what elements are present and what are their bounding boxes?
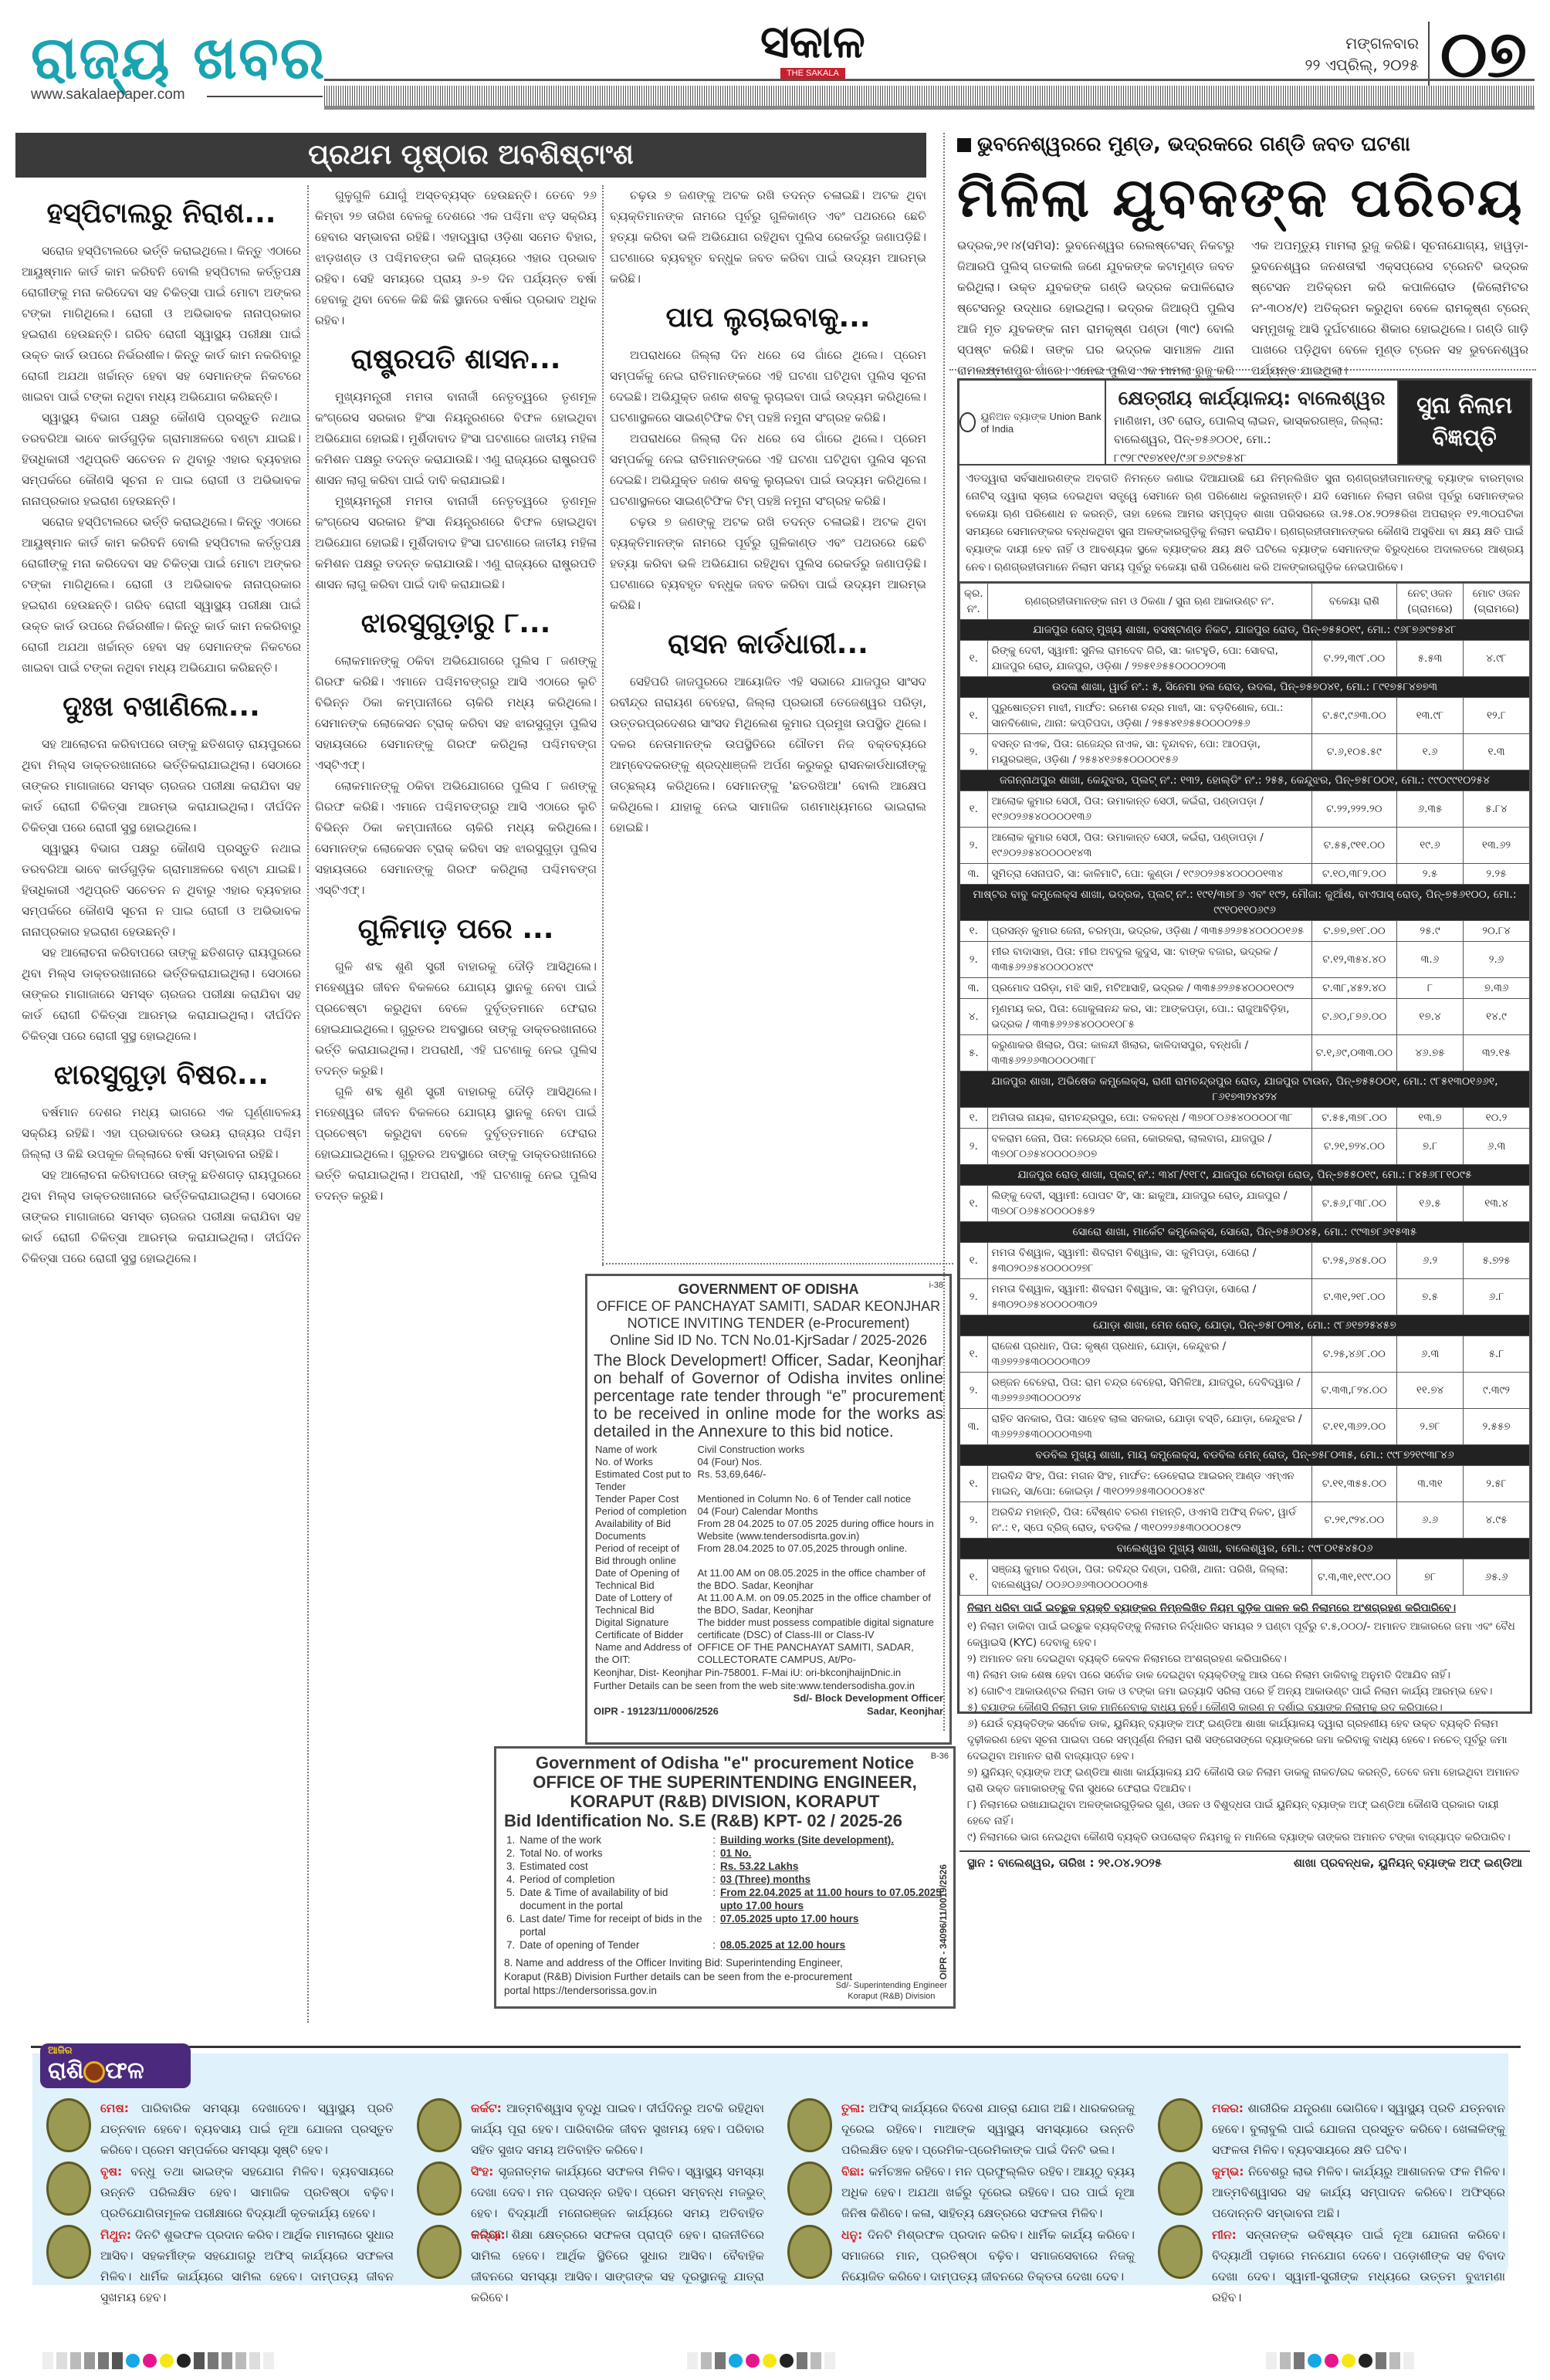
rule-item: ୬) ଯେଉଁ ବ୍ୟକ୍ତିଙ୍କ ସର୍ବୋଚ୍ଚ ଡାକ, ୟୁନିୟନ୍… — [967, 1716, 1522, 1765]
twins-icon — [46, 2225, 91, 2279]
outstanding-amount: ଟ.୬,୧୦୫.୫୯ — [1311, 734, 1396, 770]
outstanding-amount: ଟ.୧୧,୩୫୫.୦୦ — [1311, 1466, 1396, 1502]
rule-item: ୩) ନିଲାମ ଡାକ ଶେଷ ହେବା ପରେ ସର୍ବୋଚ୍ଚ ଡାକ ଦ… — [967, 1667, 1522, 1684]
story-body: ମୁଖ୍ୟମନ୍ତ୍ରୀ ମମତା ବାନାର୍ଜୀ ନେତୃତ୍ୱରେ ତୃଣ… — [315, 387, 597, 491]
detail-value: Building works (Site development). — [718, 1833, 946, 1847]
story-headline: ମିଳିଲା ଯୁବକଙ୍କ ପରିଚୟ — [957, 162, 1524, 233]
rule-item: ୪) ଗୋଟିଏ ଆକାଉଣ୍ଟର ନିଲାମ ଡାକ ଓ ଟଙ୍କା ଜମା … — [967, 1684, 1522, 1700]
sign-prediction: ସନ୍ତାନଙ୍କ ଭବିଷ୍ୟତ ପାଇଁ ନୂଆ ଯୋଜନା କରିବେ। … — [1212, 2228, 1505, 2304]
col-header: ନେଟ୍ ଓଜନ (ଗ୍ରାମରେ) — [1397, 584, 1464, 620]
detail-key: Date of Opening of Technical Bid — [594, 1567, 696, 1592]
col-header: କ୍ର. ନଂ. — [960, 584, 988, 620]
serial-number: ୪. — [960, 999, 988, 1035]
detail-key: Last date/ Time for receipt of bids in t… — [517, 1912, 710, 1938]
badge-kicker: ଆଜିର — [48, 2045, 183, 2057]
detail-value: The bidder must possess compatible digit… — [696, 1617, 943, 1641]
tender-id: Online Sid ID No. TCN No.01-KjrSadar / 2… — [594, 1332, 943, 1349]
serial-number: ୨. — [960, 828, 988, 864]
outstanding-amount: ଟ.୧୦,୩୮୨.୦୦ — [1311, 864, 1396, 885]
kicker-text: ଭୁବନେଶ୍ୱରରେ ମୁଣ୍ଡ, ଭଦ୍ରକରେ ଗଣ୍ଡି ଜବତ ଘଟଣ… — [977, 133, 1410, 156]
table-row: ୫.କରୁଣାକର ଖିଲାର, ପିତା: କାଳନ୍ଦୀ ଖିଲାର, କା… — [960, 1035, 1530, 1072]
row-num: 4. — [504, 1873, 517, 1886]
story-heading: ଦୁଃଖ ବଖାଣିଲେ... — [22, 689, 301, 725]
detail-key: Date of Lottery of Technical Bid — [594, 1592, 696, 1617]
net-weight: ୨୫.୯ — [1397, 921, 1464, 942]
net-weight: ୬.୩୫ — [1397, 791, 1464, 828]
branch-name: ଯାଜପୁର ରୋଡ୍ ମୁଖ୍ୟ ଶାଖା, ବସଷ୍ଟାଣ୍ଡ ନିକଟ, … — [960, 620, 1530, 641]
serial-number: ୩. — [960, 1409, 988, 1445]
gross-weight: ୪.୯୮ — [1464, 641, 1530, 677]
detail-value: 04 (Four) Calendar Months — [696, 1505, 943, 1518]
outstanding-amount: ଟ.୬୦,୮୭୬.୦୦ — [1311, 999, 1396, 1035]
gold-auction-notice: ୟୁନିଅନ ବ୍ୟାଙ୍କ Union Bank of India କ୍ଷେତ… — [957, 378, 1532, 1714]
zodiac-entry: ମିଥୁନ: ଦିନଟି ଶୁଭଫଳ ପ୍ରଦାନ କରିବ। ଆର୍ଥିକ ମ… — [46, 2225, 394, 2308]
story-body: ଭଦ୍ରକ,୨୧।୪(ସମିସ): ଭୁବନେଶ୍ୱର ରେଲଷ୍ଟେସନ୍ ନ… — [957, 235, 1528, 402]
sign-prediction: କର୍ମଚଞ୍ଚଳ ରହିବେ। ମନ ପ୍ରଫୁଲ୍ଲିତ ରହିବ। ଆୟଠ… — [841, 2165, 1135, 2220]
borrower-details: ମୀର ବାଦାସାହା, ପିତା: ମୀର ଅବଦୁଲ କୁଦୁସ, ସା:… — [987, 942, 1311, 978]
story-body: ଅପରାଧରେ ଜିଲ୍ଲା ଦିନ ଧରେ ସେ ଗାଁରେ ଥିଲେ। ପ୍… — [610, 345, 926, 428]
branch-name: ମାଷ୍ଟର ବାବୁ କମ୍ପ୍ଲେକ୍ସ ଶାଖା, ଭଦ୍ରକ, ପ୍ଲଟ… — [960, 885, 1530, 921]
tender-signatory: Sd/- Superintending EngineerKoraput (R&B… — [836, 1980, 947, 2002]
detail-value: OFFICE OF THE PANCHAYAT SAMITI, SADAR, C… — [696, 1641, 943, 1666]
net-weight: ୪୬.୭୫ — [1397, 1035, 1464, 1072]
detail-key: Period of completion — [594, 1505, 696, 1518]
sign-prediction: ପାରିବାରିକ ସମସ୍ୟା ଦେଖାଦେବ। ସ୍ୱାସ୍ଥ୍ୟ ପ୍ରତ… — [100, 2101, 394, 2157]
serial-number: ୧. — [960, 1559, 988, 1596]
story-body: ଗୁଳୁଗୁଳି ଯୋଗୁଁ ଅସ୍ତବ୍ୟସ୍ତ ହେଉଛନ୍ତି। ତେବେ… — [315, 185, 597, 331]
net-weight: ୭୮ — [1397, 1559, 1464, 1596]
detail-key: Name of work — [594, 1444, 696, 1456]
table-row: ୨.ବଳରାମ ଜେନା, ପିତା: ନରେନ୍ଦ୍ର ଜେନା, କୋରକର… — [960, 1129, 1530, 1165]
borrower-details: ପ୍ରମୋଦ ପରିଡ଼ା, ମଝି ସାହି, ମଟିଆସାହି, ଭଦ୍ରକ… — [987, 978, 1311, 999]
serial-number: ୩. — [960, 978, 988, 999]
detail-value: From 22.04.2025 at 11.00 hours to 07.05.… — [718, 1886, 946, 1912]
story-heading: ପାପ ଲୁଚାଇବାକୁ... — [610, 300, 926, 336]
serial-number: ୧. — [960, 1466, 988, 1502]
serial-number: ୨. — [960, 1373, 988, 1409]
gross-weight: ୪.୯୫ — [1464, 1502, 1530, 1539]
branch-header-row: ଯାଜପୁର ରୋଡ୍ ମୁଖ୍ୟ ଶାଖା, ବସଷ୍ଟାଣ୍ଡ ନିକଟ, … — [960, 620, 1530, 641]
story-body: ଗୁଳି ଶବ୍ଦ ଶୁଣି ସ୍ତ୍ରୀ ବାହାରକୁ ଦୌଡ଼ି ଆସିଥ… — [315, 1082, 597, 1207]
story-body: ସ୍ୱାସ୍ଥ୍ୟ ବିଭାଗ ପକ୍ଷରୁ କୌଣସି ପ୍ରସ୍ତୁତି ନ… — [22, 838, 301, 943]
borrower-details: ଅମିତାଭ ନାୟକ, ରାମଚନ୍ଦ୍ରପୁର, ପୋ: ତଳବନ୍ଧ / … — [987, 1108, 1311, 1129]
story-body: ଲୋକମାନଙ୍କୁ ଠକିବା ଅଭିଯୋଗରେ ପୁଲିସ ୮ ଜଣଙ୍କୁ… — [315, 776, 597, 901]
title-line: ବିଜ୍ଞପ୍ତି — [1399, 422, 1530, 455]
row-num: 7. — [504, 1938, 517, 1952]
outstanding-amount: ଟ.୨୫,୪୬୮.୦୦ — [1311, 1336, 1396, 1373]
zodiac-entry: କନ୍ୟା: ଶିକ୍ଷା କ୍ଷେତ୍ରରେ ସଫଳତା ପ୍ରାପ୍ତି ହ… — [417, 2225, 764, 2308]
net-weight: ୨.୭୮ — [1397, 1409, 1464, 1445]
table-row: ୧.ରିଙ୍କୁ ଦେବୀ, ସ୍ୱାମୀ: ସୁନିଲ ରାମଦେବ ଗିରି… — [960, 641, 1530, 677]
story-body: ସେହିପରି ଜାଜପୁରରେ ଆୟୋଜିତ ଏହି ସଭାରେ ଯାଜପୁର… — [610, 672, 926, 838]
borrower-details: କରୁଣାକର ଖିଲାର, ପିତା: କାଳନ୍ଦୀ ଖିଲାର, କାଳି… — [987, 1035, 1311, 1072]
col-header: ଋଣଗ୍ରହୀତାମାନଙ୍କ ନାମ ଓ ଠିକଣା / ସୁନା ଋଣ ଆକ… — [987, 584, 1311, 620]
net-weight: ୬.୩ — [1397, 1336, 1464, 1373]
horoscope-badge: ଆଜିର ରାଶିଫଳ — [40, 2043, 191, 2088]
borrower-details: ସୁମିତ୍ରା ସେନାପତି, ସା: କାଳିମାଟି, ପୋ: କୁଣ୍… — [987, 864, 1311, 885]
rule-item: ୨) ଅମାନତ ଜମା ଦେଇଥିବା ବ୍ୟକ୍ତି କେବଳ ନିଲାମର… — [967, 1651, 1522, 1667]
website-link[interactable]: www.sakalaepaper.com — [31, 86, 185, 103]
tender-signatory: Sd/- Block Development Officer — [594, 1692, 943, 1704]
sign-name: ତୁଳା: — [841, 2101, 865, 2115]
gross-weight: ୨୦.୮୪ — [1464, 921, 1530, 942]
branch-header-row: ଜଗନ୍ନାଥପୁର ଶାଖା, କେନ୍ଦୁଝର, ପ୍ଲଟ୍ ନଂ.: ୧୩… — [960, 770, 1530, 791]
net-weight: ୧୯.୬ — [1397, 828, 1464, 864]
branch-name: ଜଗନ୍ନାଥପୁର ଶାଖା, କେନ୍ଦୁଝର, ପ୍ଲଟ୍ ନଂ.: ୧୩… — [960, 770, 1530, 791]
table-row: ୨.ରଞ୍ଜନ ବେହେରା, ପିତା: ରାମ ଚନ୍ଦ୍ର ବେହେରା,… — [960, 1373, 1530, 1409]
ad-tag: i-38 — [929, 1281, 943, 1290]
row-num: 1. — [504, 1833, 517, 1847]
notice-title: ସୁନା ନିଲାମବିଜ୍ଞପ୍ତି — [1399, 381, 1530, 464]
table-row: ୨.ଅରବିନ୍ଦ ମହାନ୍ତି, ପିତା: ବୈଷ୍ଣବ ଚରଣ ମହାନ… — [960, 1502, 1530, 1539]
goat-icon — [1158, 2098, 1203, 2152]
borrower-details: ଅରବିନ୍ଦ ମହାନ୍ତି, ପିତା: ବୈଷ୍ଣବ ଚରଣ ମହାନ୍ତ… — [987, 1502, 1311, 1539]
story-body: ଚଢ଼ଉ ୭ ଜଣଙ୍କୁ ଅଟକ ରଖି ତଦନ୍ତ ଚଳାଇଛି। ଅଟକ … — [610, 185, 926, 289]
table-row: ୧.ରାଜେଶ ପ୍ରଧାନ, ପିତା: କୃଷ୍ଣ ପ୍ରଧାନ, ଯୋଡ଼… — [960, 1336, 1530, 1373]
outstanding-amount: ଟ.୫୫,୩୭୮.୦୦ — [1311, 1108, 1396, 1129]
print-color-bar — [1266, 2352, 1414, 2369]
branch-header-row: ଯାଜପୁର ଶାଖା, ଅଭିଷେକ କମ୍ପ୍ଲେକ୍ସ, ରାଣୀ ରାମ… — [960, 1072, 1530, 1108]
column-1: ହସ୍ପିଟାଲରୁ ନିରାଶ... ସରୋଜ ହସ୍ପିଟାଲରେ ଭର୍ତ… — [22, 185, 301, 1269]
notice-intro: ଏତଦ୍ୱାରା ସର୍ବସାଧାରଣଙ୍କ ଅବଗତି ନିମନ୍ତେ ଜଣା… — [959, 466, 1530, 583]
continuation-banner: ପ୍ରଥମ ପୃଷ୍ଠାର ଅବଶିଷ୍ଟାଂଶ — [15, 133, 926, 178]
tender-heading: Government of Odisha "e" procurement Not… — [504, 1753, 946, 1772]
sign-prediction: ଆତ୍ମବିଶ୍ୱାସ ବୃଦ୍ଧି ପାଇବ। ଦୀର୍ଘଦିନରୁ ଅଟକି… — [471, 2101, 764, 2157]
sign-name: ମକର: — [1212, 2101, 1244, 2115]
sign-name: ଧନୁ: — [841, 2228, 862, 2242]
zodiac-entry: ମୀନ: ସନ୍ତାନଙ୍କ ଭବିଷ୍ୟତ ପାଇଁ ନୂଆ ଯୋଜନା କର… — [1158, 2225, 1505, 2308]
table-row: ୧.ମମତା ବିଶ୍ୱାଳ, ସ୍ୱାମୀ: ଶିବରାମ ବିଶ୍ୱାଳ, … — [960, 1243, 1530, 1279]
table-row: ୩.ପ୍ରମୋଦ ପରିଡ଼ା, ମଝି ସାହି, ମଟିଆସାହି, ଭଦ୍… — [960, 978, 1530, 999]
lion-icon — [417, 2162, 462, 2216]
ram-icon — [46, 2098, 91, 2152]
zodiac-entry: ଧନୁ: ଦିନଟି ମିଶ୍ରଫଳ ପ୍ରଦାନ କରିବ। ଧାର୍ମିକ … — [787, 2225, 1135, 2287]
net-weight: ୭.୮ — [1397, 1129, 1464, 1165]
scales-icon — [787, 2098, 832, 2152]
table-row: ୪.ମୃଣମୟ କର, ପିତା: ଗୋକୁଳାନନ୍ଦ କର, ସା: ଆଙ୍… — [960, 999, 1530, 1035]
outstanding-amount: ଟ.୧୨,୩୫୪.୪୦ — [1311, 942, 1396, 978]
tender-notice-koraput: B-36 Government of Odisha "e" procuremen… — [494, 1746, 956, 2009]
gross-weight: ୭.୩୬ — [1464, 978, 1530, 999]
sign-prediction: ଦିନଟି ଶୁଭଫଳ ପ୍ରଦାନ କରିବ। ଆର୍ଥିକ ମାମଲାରେ … — [100, 2228, 394, 2304]
borrower-details: ରିଙ୍କୁ ଦେବୀ, ସ୍ୱାମୀ: ସୁନିଲ ରାମଦେବ ଗିରି, … — [987, 641, 1311, 677]
divider — [602, 1263, 953, 1264]
detail-value: 04 (Four) Nos. — [696, 1456, 943, 1468]
detail-key: Availability of Bid Documents — [594, 1518, 696, 1542]
branch-name: ଯାଜପୁର ରୋଡ୍ ଶାଖା, ପ୍ଲଟ୍ ନଂ.: ୩୪୮/୧୧୮୯, ଯ… — [960, 1165, 1530, 1186]
sign-name: ମୀନ: — [1212, 2228, 1237, 2242]
tender-type: NOTICE INVITING TENDER (e-Procurement) — [594, 1315, 943, 1332]
zodiac-entry: ବିଛା: କର୍ମଚଞ୍ଚଳ ରହିବେ। ମନ ପ୍ରଫୁଲ୍ଲିତ ରହି… — [787, 2162, 1135, 2224]
story-body: ସ୍ୱାସ୍ଥ୍ୟ ବିଭାଗ ପକ୍ଷରୁ କୌଣସି ପ୍ରସ୍ତୁତି ନ… — [22, 408, 301, 512]
print-color-bar — [42, 2352, 274, 2369]
detail-key: No. of Works — [594, 1456, 696, 1468]
outstanding-amount: ଟ.୨୨,୨୨୨.୨୦ — [1311, 791, 1396, 828]
serial-number: ୫. — [960, 1035, 988, 1072]
borrower-details: ମମତା ବିଶ୍ୱାଳ, ସ୍ୱାମୀ: ଶିବରାମ ବିଶ୍ୱାଳ, ସା… — [987, 1243, 1311, 1279]
tender-footer: 8. Name and address of the Officer Invit… — [504, 1956, 867, 1998]
gross-weight: ୧୨.୮ — [1464, 698, 1530, 734]
branch-name: ସୋରୋ ଶାଖା, ମାର୍କେଟ କମ୍ପ୍ଲେକ୍ସ, ସୋରୋ, ପିନ… — [960, 1222, 1530, 1243]
signatory-title: Sd/- Superintending Engineer — [836, 1980, 947, 1991]
story-body: ସରୋଜ ହସ୍ପିଟାଲରେ ଭର୍ତ୍ତି କରାଇଥିଲେ। କିନ୍ତୁ… — [22, 512, 301, 679]
tender-division: KORAPUT (R&B) DIVISION, KORAPUT — [504, 1792, 946, 1811]
gross-weight: ୧୩.୪ — [1464, 1186, 1530, 1222]
zodiac-entry: କୁମ୍ଭ: ନିବେଶରୁ ଲାଭ ମିଳିବ। କାର୍ଯ୍ୟରୁ ଆଶାଜ… — [1158, 2162, 1505, 2224]
tender-notice-keonjhar: i-38 GOVERNMENT OF ODISHA OFFICE OF PANC… — [585, 1274, 952, 1745]
masthead: ରାଜ୍ୟ ଖବର www.sakalaepaper.com ସକାଳ THE … — [0, 0, 1550, 131]
sign-prediction: ଶିକ୍ଷା କ୍ଷେତ୍ରରେ ସଫଳତା ପ୍ରାପ୍ତି ହେବ। ରାଜ… — [471, 2228, 764, 2304]
office-title: କ୍ଷେତ୍ରୀୟ କାର୍ଯ୍ୟାଳୟ: ବାଲେଶ୍ୱର — [1114, 385, 1389, 411]
table-row: ୧.ସଞ୍ଜୟ କୁମାର ଦିଣ୍ଡା, ପିତା: ରବିନ୍ଦ୍ର ଦିଣ… — [960, 1559, 1530, 1596]
tender-address: Keonjhar, Dist- Keonjhar Pin-758001. F-M… — [594, 1666, 943, 1679]
table-row: ୨.ମମତା ବିଶ୍ୱାଳ, ସ୍ୱାମୀ: ଶିବରାମ ବିଶ୍ୱାଳ, … — [960, 1279, 1530, 1315]
divider — [31, 2046, 1521, 2048]
net-weight: ୫.୫୩ — [1397, 641, 1464, 677]
borrower-details: ମମତା ବିଶ୍ୱାଳ, ସ୍ୱାମୀ: ଶିବରାମ ବିଶ୍ୱାଳ, ସା… — [987, 1279, 1311, 1315]
borrower-details: ଆଲୋକ କୁମାର ସେଠୀ, ପିତା: ଉମାକାନ୍ତ ସେଠୀ, କଇ… — [987, 791, 1311, 828]
gross-weight: ୬.୮ — [1464, 1279, 1530, 1315]
borrower-details: ଅରବିନ୍ଦ ସିଂହ, ପିତା: ମଗନ ସିଂହ, ମାର୍ଫତ: ଡେ… — [987, 1466, 1311, 1502]
row-num: 5. — [504, 1886, 517, 1912]
table-row: ୨.ବସନ୍ତ ନାଏକ, ପିତା: ଗଜେନ୍ଦ୍ର ନାଏକ, ସା: ବ… — [960, 734, 1530, 770]
story-heading: ଝାରସୁଗୁଡ଼ାରୁ ୮... — [315, 606, 597, 642]
sign-prediction: ବନ୍ଧୁ ତଥା ଭାଇଙ୍କ ସହଯୋଗ ମିଳିବ। ବ୍ୟବସାୟରେ … — [100, 2165, 394, 2220]
divider — [207, 96, 323, 97]
column-divider — [602, 185, 604, 1266]
branch-name: ଉଦଳା ଶାଖା, ୱାର୍ଡ ନଂ.: ୫, ସିନେମା ହଲ ରୋଡ୍,… — [960, 677, 1530, 698]
oipr-number: OIPR - 19123/11/0006/2526 — [594, 1705, 719, 1717]
scorpion-icon — [787, 2162, 832, 2216]
serial-number: ୧. — [960, 1186, 988, 1222]
serial-number: ୧. — [960, 1243, 988, 1279]
gross-weight: ୧.୩ — [1464, 734, 1530, 770]
table-row: ୧.ପ୍ରସନ୍ନ କୁମାର ଜେନା, ଚରମ୍ପା, ଭଦ୍ରକ, ଓଡ଼… — [960, 921, 1530, 942]
story-body: ସହ ଆଲୋଚନା କରିବାପରେ ତାଙ୍କୁ ଛତିଶଗଡ଼ ରାୟପୁର… — [22, 943, 301, 1047]
col-header: ମୋଟ ଓଜନ (ଗ୍ରାମରେ) — [1464, 584, 1530, 620]
detail-key: Period of completion — [517, 1873, 710, 1886]
sign-name: ମିଥୁନ: — [100, 2228, 131, 2242]
tender-id: Bid Identification No. S.E (R&B) KPT- 02… — [504, 1811, 946, 1830]
rule-item: ୮) ନିଲାମରେ ରଖାଯାଇଥିବା ଅଳଙ୍କାରଗୁଡ଼ିକର ଗୁଣ… — [967, 1797, 1522, 1830]
branch-header-row: ମାଷ୍ଟର ବାବୁ କମ୍ପ୍ଲେକ୍ସ ଶାଖା, ଭଦ୍ରକ, ପ୍ଲଟ… — [960, 885, 1530, 921]
sign-name: ସିଂହ: — [471, 2165, 493, 2179]
serial-number: ୧. — [960, 641, 988, 677]
badge-title: ରାଶି — [48, 2057, 83, 2084]
gross-weight: ୨.୫୫୭ — [1464, 1409, 1530, 1445]
sign-prediction: ଦିନଟି ମିଶ୍ରଫଳ ପ୍ରଦାନ କରିବ। ଧାର୍ମିକ କାର୍ଯ… — [841, 2228, 1135, 2284]
borrower-details: ଆଲୋକ କୁମାର ସେଠୀ, ପିତା: ଉମାକାନ୍ତ ସେଠୀ, କଇ… — [987, 828, 1311, 864]
detail-key: Estimated Cost put to Tender — [594, 1468, 696, 1493]
outstanding-amount: ଟ.୩୧,୨୧୮.୦୦ — [1311, 1279, 1396, 1315]
outstanding-amount: ଟ.୧,୬୯,୦୩୩.୦୦ — [1311, 1035, 1396, 1072]
borrower-details: ରାଜେଶ ପ୍ରଧାନ, ପିତା: କୃଷ୍ଣ ପ୍ରଧାନ, ଯୋଡ଼ା,… — [987, 1336, 1311, 1373]
date-block: ମଙ୍ଗଳବାର ୨୨ ଏପ୍ରିଲ୍, ୨୦୨୫ — [1305, 32, 1419, 76]
net-weight: ୧୧.୭୪ — [1397, 1373, 1464, 1409]
archer-icon — [787, 2225, 832, 2279]
gross-weight: ୨.୨୫ — [1464, 864, 1530, 885]
net-weight: ୧୬.୫ — [1397, 1186, 1464, 1222]
detail-key: Period of receipt of Bid through online — [594, 1542, 696, 1567]
day-label: ମଙ୍ଗଳବାର — [1305, 32, 1419, 54]
gross-weight: ୨.୬ — [1464, 942, 1530, 978]
detail-key: Tender Paper Cost — [594, 1493, 696, 1505]
divider — [949, 369, 1536, 371]
gross-weight: ୫.୭୨୫ — [1464, 1243, 1530, 1279]
story-heading: ଗୁଳିମାଡ଼ ପରେ ... — [315, 912, 597, 947]
maiden-icon — [417, 2225, 462, 2279]
page-number: ୦୭ — [1428, 22, 1527, 86]
zodiac-entry: ତୁଳା: ଅଫିସ୍ କାର୍ଯ୍ୟରେ ବିଦେଶ ଯାତ୍ରା ଯୋଗ ଅ… — [787, 2098, 1135, 2161]
outstanding-amount: ଟ.୩୮,୪୫୨.୪୦ — [1311, 978, 1396, 999]
story-heading: ହସ୍ପିଟାଲରୁ ନିରାଶ... — [22, 196, 301, 232]
badge-title: ଫଳ — [105, 2057, 144, 2084]
table-row: ୩.ରାହିତ ସନକାର, ପିତା: ସାହେବ ଲାଲ ସନକାର, ଯୋ… — [960, 1409, 1530, 1445]
detail-value: 01 No. — [718, 1847, 946, 1860]
story-body: ବର୍ଷମାନ ଦେଶର ମଧ୍ୟ ଭାଗରେ ଏକ ଘୂର୍ଣ୍ଣାବଳୟ ସ… — [22, 1102, 301, 1165]
serial-number: ୨. — [960, 1129, 988, 1165]
crab-icon — [417, 2098, 462, 2152]
story-body: ଗୁଳି ଶବ୍ଦ ଶୁଣି ସ୍ତ୍ରୀ ବାହାରକୁ ଦୌଡ଼ି ଆସିଥ… — [315, 956, 597, 1082]
borrower-details: ରଞ୍ଜନ ବେହେରା, ପିତା: ରାମ ଚନ୍ଦ୍ର ବେହେରା, ସ… — [987, 1373, 1311, 1409]
serial-number: ୨. — [960, 1502, 988, 1539]
borrower-details: ପ୍ରସନ୍ନ କୁମାର ଜେନା, ଚରମ୍ପା, ଭଦ୍ରକ, ଓଡ଼ିଶ… — [987, 921, 1311, 942]
net-weight: ୩.୬ — [1397, 942, 1464, 978]
branch-name: ବାଲେଶ୍ୱର ମୁଖ୍ୟ ଶାଖା, ବାଲେଶ୍ୱର, ମୋ.: ୯୯୮୦… — [960, 1539, 1530, 1559]
net-weight: ୧୩.୭ — [1397, 1108, 1464, 1129]
sign-prediction: ଶାରୀରିକ ଯନ୍ତ୍ରଣା ଭୋଗିବେ। ସ୍ୱାସ୍ଥ୍ୟ ପ୍ରତି… — [1212, 2101, 1505, 2157]
auction-rules: ନିଲାମ ଧରିବା ପାଇଁ ଇଚ୍ଛୁକ ବ୍ୟକ୍ତି ବ୍ୟାଙ୍କର… — [959, 1596, 1530, 1850]
table-row: ୨.ମୀର ବାଦାସାହା, ପିତା: ମୀର ଅବଦୁଲ କୁଦୁସ, ସ… — [960, 942, 1530, 978]
serial-number: ୧. — [960, 1108, 988, 1129]
branch-header-row: ଯାଜପୁର ରୋଡ୍ ଶାଖା, ପ୍ଲଟ୍ ନଂ.: ୩୪୮/୧୧୮୯, ଯ… — [960, 1165, 1530, 1186]
column-2: ଗୁଳୁଗୁଳି ଯୋଗୁଁ ଅସ୍ତବ୍ୟସ୍ତ ହେଉଛନ୍ତି। ତେବେ… — [315, 185, 597, 1207]
detail-key: Name of the work — [517, 1833, 710, 1847]
zodiac-entry: ମେଷ: ପାରିବାରିକ ସମସ୍ୟା ଦେଖାଦେବ। ସ୍ୱାସ୍ଥ୍ୟ… — [46, 2098, 394, 2161]
rule-item: ୭) ୟୁନିୟନ୍ ବ୍ୟାଙ୍କ ଅଫ୍ ଇଣ୍ଡିଆ ଶାଖା କାର୍ଯ… — [967, 1765, 1522, 1797]
logo-subtitle: THE SAKALA — [780, 68, 845, 79]
outstanding-amount: ଟ.୨୫,୬୪୫.୦୦ — [1311, 1243, 1396, 1279]
table-row: ୧.ଅମିତାଭ ନାୟକ, ରାମଚନ୍ଦ୍ରପୁର, ପୋ: ତଳବନ୍ଧ … — [960, 1108, 1530, 1129]
gross-weight: ୧୦.୨ — [1464, 1108, 1530, 1129]
story-heading: ରାସନ କାର୍ଡଧାରୀ... — [610, 627, 926, 662]
gross-weight: ୬୫.୬ — [1464, 1559, 1530, 1596]
story-heading: ଝାରସୁଗୁଡ଼ା ବିଷର... — [22, 1058, 301, 1093]
story-body: ସହ ଆଲୋଚନା କରିବାପରେ ତାଙ୍କୁ ଛତିଶଗଡ଼ ରାୟପୁର… — [22, 1165, 301, 1269]
sign-prediction: ଅଫିସ୍ କାର୍ଯ୍ୟରେ ବିଦେଶ ଯାତ୍ରା ଯୋଗ ଅଛି। ଧା… — [841, 2101, 1135, 2157]
rule-item: ୯) ନିଲାମରେ ଭାଗ ନେଇଥିବା କୌଣସି ବ୍ୟକ୍ତି ଉପର… — [967, 1830, 1522, 1846]
gross-weight: ୩୨.୧୫ — [1464, 1035, 1530, 1072]
row-num: 6. — [504, 1912, 517, 1938]
branch-header-row: ଯୋଡ଼ା ଶାଖା, ମେନ ରୋଡ୍, ଯୋଡ଼ା, ପିନ୍-୭୫୮୦୩୪… — [960, 1315, 1530, 1336]
detail-key: Digital Signature Certificate of Bidder — [594, 1617, 696, 1641]
detail-key: Name and Address of the OIT: — [594, 1641, 696, 1666]
gross-weight: ୧୪.୯ — [1464, 999, 1530, 1035]
logo-mark: ସକାଳ — [760, 19, 865, 64]
detail-value: 08.05.2025 at 12.00 hours — [718, 1938, 946, 1952]
gross-weight: ୯.୩୯୨ — [1464, 1373, 1530, 1409]
detail-value: Civil Construction works — [696, 1444, 943, 1456]
serial-number: ୧. — [960, 698, 988, 734]
serial-number: ୩. — [960, 864, 988, 885]
table-row: ୨.ଆଲୋକ କୁମାର ସେଠୀ, ପିତା: ଉମାକାନ୍ତ ସେଠୀ, … — [960, 828, 1530, 864]
table-row: ୧.ପୁରୁଷୋତ୍ତମ ମାଝୀ, ମାର୍ଫତ: ରମେଶ ଚନ୍ଦ୍ର ମ… — [960, 698, 1530, 734]
outstanding-amount: ଟ.୫୬,୮୩୮.୦୦ — [1311, 1186, 1396, 1222]
column-3: ଚଢ଼ଉ ୭ ଜଣଙ୍କୁ ଅଟକ ରଖି ତଦନ୍ତ ଚଳାଇଛି। ଅଟକ … — [610, 185, 926, 838]
rules-heading: ନିଲାମ ଧରିବା ପାଇଁ ଇଚ୍ଛୁକ ବ୍ୟକ୍ତି ବ୍ୟାଙ୍କର… — [967, 1600, 1522, 1617]
tender-office: OFFICE OF PANCHAYAT SAMITI, SADAR KEONJH… — [594, 1298, 943, 1315]
outstanding-amount: ଟ.୫୯,୯୬୩.୦୦ — [1311, 698, 1396, 734]
date-label: ୨୨ ଏପ୍ରିଲ୍, ୨୦୨୫ — [1305, 54, 1419, 76]
detail-key: Estimated cost — [517, 1860, 710, 1873]
loan-table: କ୍ର. ନଂ. ଋଣଗ୍ରହୀତାମାନଙ୍କ ନାମ ଓ ଠିକଣା / ସ… — [959, 583, 1530, 1596]
detail-key: Total No. of works — [517, 1847, 710, 1860]
zodiac-wheel-icon — [83, 2061, 105, 2083]
oipr-number: OIPR - 34096/11/0019/2526 — [938, 1864, 949, 1979]
bank-logo: ୟୁନିଅନ ବ୍ୟାଙ୍କ Union Bank of India — [959, 381, 1106, 464]
detail-value: 03 (Three) months — [718, 1873, 946, 1886]
outstanding-amount: ଟ.୫୫,୯୧୧.୦୦ — [1311, 828, 1396, 864]
sign-name: ବୃଷ: — [100, 2165, 122, 2179]
gross-weight: ୨.୫୮ — [1464, 1466, 1530, 1502]
serial-number: ୧. — [960, 791, 988, 828]
bullet-square-icon — [957, 138, 971, 152]
branch-name: ଯୋଡ଼ା ଶାଖା, ମେନ ରୋଡ୍, ଯୋଡ଼ା, ପିନ୍-୭୫୮୦୩୪… — [960, 1315, 1530, 1336]
detail-value: Rs. 53,69,646/- — [696, 1468, 943, 1493]
table-row: ୧.ଅରବିନ୍ଦ ସିଂହ, ପିତା: ମଗନ ସିଂହ, ମାର୍ଫତ: … — [960, 1466, 1530, 1502]
net-weight: ୧୩.୯୮ — [1397, 698, 1464, 734]
detail-value: Mentioned in Column No. 6 of Tender call… — [696, 1493, 943, 1505]
outstanding-amount: ଟ.୧୧,୩୬୨.୦୦ — [1311, 1409, 1396, 1445]
sign-name: ବିଛା: — [841, 2165, 865, 2179]
signatory-division: Koraput (R&B) Division — [836, 1991, 947, 2002]
gross-weight: ୧୩.୬୨ — [1464, 828, 1530, 864]
serial-number: ୨. — [960, 1279, 988, 1315]
row-num: 3. — [504, 1860, 517, 1873]
net-weight: ୭.୫ — [1397, 1279, 1464, 1315]
borrower-details: ମୃଣମୟ କର, ପିତା: ଗୋକୁଳାନନ୍ଦ କର, ସା: ଆଙ୍କପ… — [987, 999, 1311, 1035]
gross-weight: ୫.୮ — [1464, 1336, 1530, 1373]
borrower-details: ଲିଙ୍କୁ ଦେବୀ, ସ୍ୱାମୀ: ପୋପଟ ସିଂ, ସା: ଛାକୁଆ… — [987, 1186, 1311, 1222]
gross-weight: ୬.୩ — [1464, 1129, 1530, 1165]
serial-number: ୨. — [960, 734, 988, 770]
outstanding-amount: ଟ.୨୧,୭୨୪.୦୦ — [1311, 1129, 1396, 1165]
tender-website[interactable]: Further Details can be seen from the web… — [594, 1679, 943, 1692]
borrower-details: ବସନ୍ତ ନାଏକ, ପିତା: ଗଜେନ୍ଦ୍ର ନାଏକ, ସା: ବୃନ… — [987, 734, 1311, 770]
detail-value: From 28.04.2025 to 07.05,2025 through on… — [696, 1542, 943, 1567]
masthead-rule — [324, 79, 1535, 111]
outstanding-amount: ଟ.୩୩,୮୨୪.୦୦ — [1311, 1373, 1396, 1409]
sign-name: କୁମ୍ଭ: — [1212, 2165, 1244, 2179]
detail-value: Rs. 53.22 Lakhs — [718, 1860, 946, 1873]
story-body: ଲୋକମାନଙ୍କୁ ଠକିବା ଅଭିଯୋଗରେ ପୁଲିସ ୮ ଜଣଙ୍କୁ… — [315, 651, 597, 776]
story-body: ସହ ଆଲୋଚନା କରିବାପରେ ତାଙ୍କୁ ଛତିଶଗଡ଼ ରାୟପୁର… — [22, 734, 301, 838]
col-header: ବକେୟା ରାଶି — [1311, 584, 1396, 620]
detail-value: From 28 04.2025 to 07.05 2025 during off… — [696, 1518, 943, 1542]
net-weight: ୬.୨ — [1397, 1243, 1464, 1279]
tender-details: Name of workCivil Construction works No.… — [594, 1444, 943, 1666]
serial-number: ୧. — [960, 921, 988, 942]
branch-name: ଯାଜପୁର ଶାଖା, ଅଭିଷେକ କମ୍ପ୍ଲେକ୍ସ, ରାଣୀ ରାମ… — [960, 1072, 1530, 1108]
zodiac-entry: ବୃଷ: ବନ୍ଧୁ ତଥା ଭାଇଙ୍କ ସହଯୋଗ ମିଳିବ। ବ୍ୟବସ… — [46, 2162, 394, 2224]
net-weight: ୩.୩୧ — [1397, 1466, 1464, 1502]
print-color-bar — [687, 2352, 835, 2369]
tender-office: OFFICE OF THE SUPERINTENDING ENGINEER, — [504, 1772, 946, 1792]
serial-number: ୧. — [960, 1336, 988, 1373]
story-body: ସରୋଜ ହସ୍ପିଟାଲରେ ଭର୍ତ୍ତି କରାଇଥିଲେ। କିନ୍ତୁ… — [22, 241, 301, 408]
sign-name: କର୍କଟ: — [471, 2101, 502, 2115]
union-bank-logo-icon — [959, 412, 976, 432]
